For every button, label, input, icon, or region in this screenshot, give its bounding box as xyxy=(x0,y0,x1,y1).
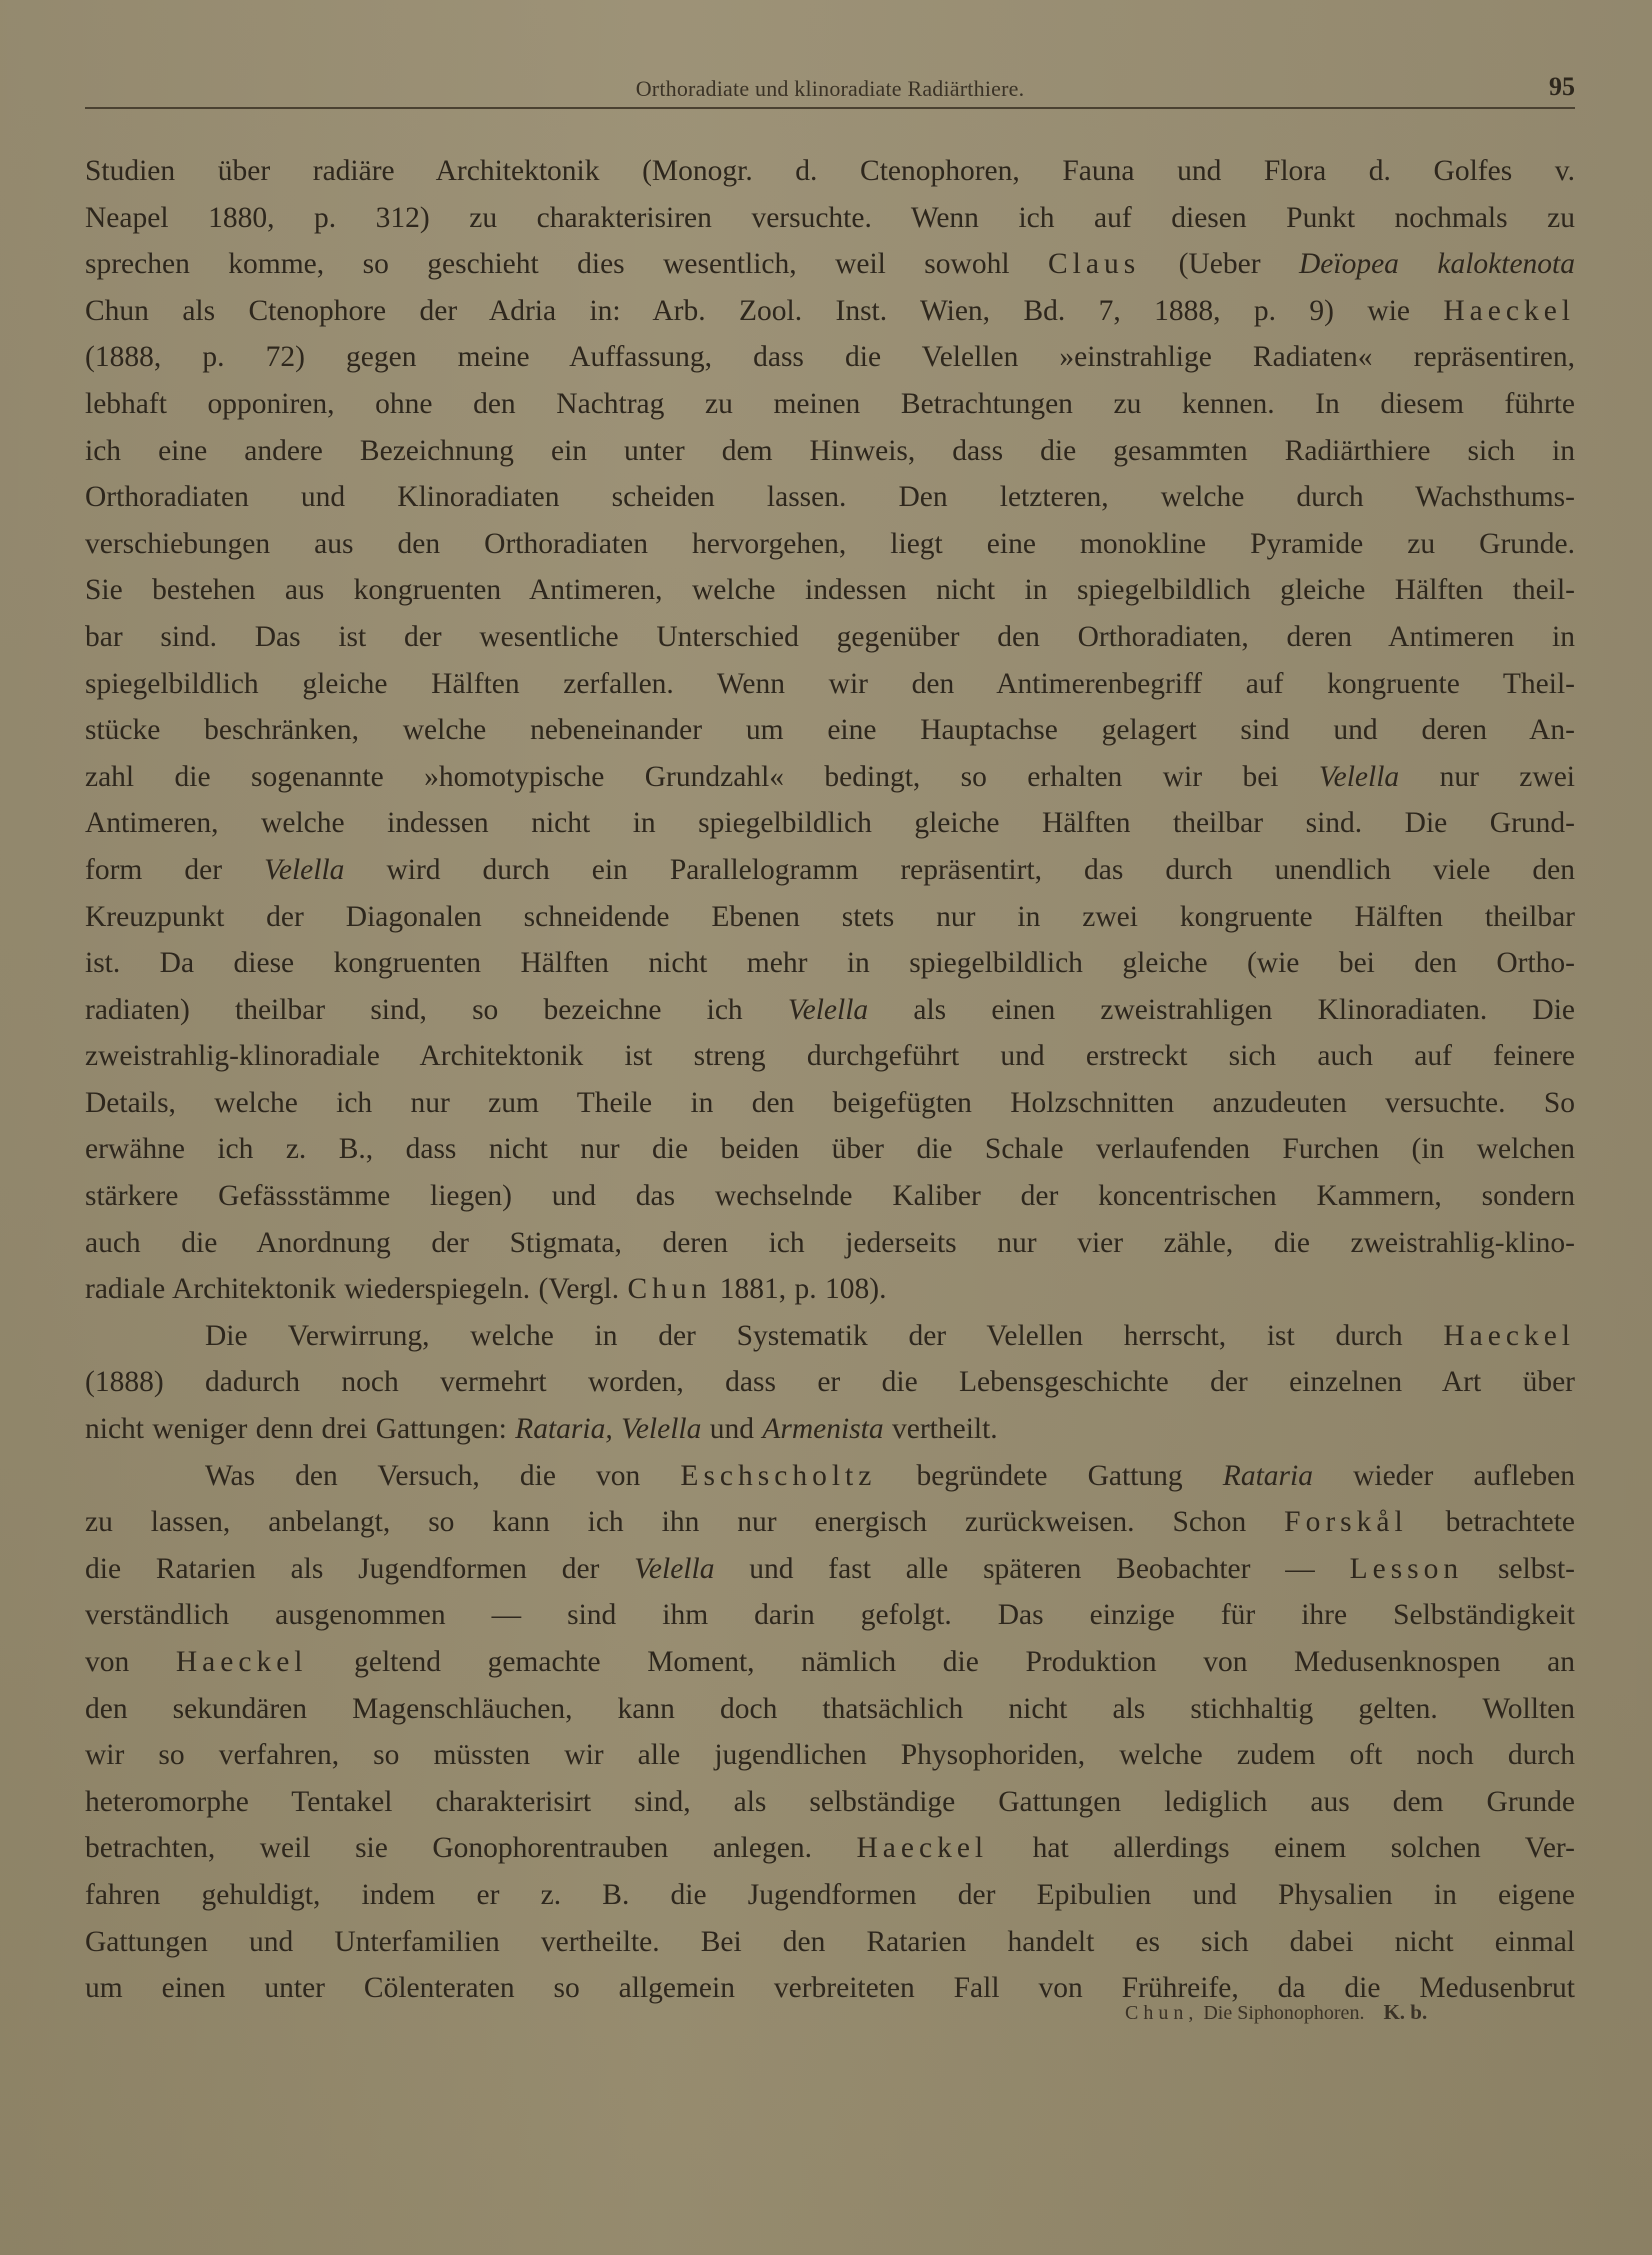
text-segment: ist. Da diese kongruenten Hälften nicht … xyxy=(85,947,1575,979)
italic-taxon: Velella xyxy=(634,1553,714,1585)
text-segment: auch die Anordnung der Stigmata, deren i… xyxy=(85,1227,1575,1259)
text-line: sprechen komme, so geschieht dies wesent… xyxy=(85,241,1575,288)
text-segment: Details, welche ich nur zum Theile in de… xyxy=(85,1087,1575,1119)
text-line: die Ratarien als Jugendformen der Velell… xyxy=(85,1546,1575,1593)
italic-taxon: Velella xyxy=(621,1413,701,1445)
text-line: Neapel 1880, p. 312) zu charakterisiren … xyxy=(85,195,1575,242)
text-segment: selbst- xyxy=(1463,1553,1575,1585)
text-line: Die Verwirrung, welche in der Systematik… xyxy=(85,1313,1575,1360)
text-line: form der Velella wird durch ein Parallel… xyxy=(85,847,1575,894)
body-text: Studien über radiäre Architektonik (Mono… xyxy=(85,148,1575,2012)
text-line: erwähne ich z. B., dass nicht nur die be… xyxy=(85,1126,1575,1173)
text-line: betrachten, weil sie Gonophorentrauben a… xyxy=(85,1825,1575,1872)
text-segment: nur zwei xyxy=(1399,761,1575,793)
header-rule xyxy=(85,107,1575,109)
author-name: Haeckel xyxy=(176,1646,308,1678)
text-segment: (1888, p. 72) gegen meine Auffassung, da… xyxy=(85,341,1575,373)
author-name: Claus xyxy=(1048,248,1140,280)
text-segment: verständlich ausgenommen — sind ihm dari… xyxy=(85,1599,1575,1631)
text-segment: nicht weniger denn drei Gattungen: xyxy=(85,1413,515,1445)
text-segment: wieder aufleben xyxy=(1313,1460,1575,1492)
text-segment: lebhaft opponiren, ohne den Nachtrag zu … xyxy=(85,388,1575,420)
text-line: radiaten) theilbar sind, so bezeichne ic… xyxy=(85,987,1575,1034)
text-line: zahl die sogenannte »homotypische Grundz… xyxy=(85,754,1575,801)
text-segment: hat allerdings einem solchen Ver- xyxy=(988,1832,1575,1864)
text-segment: Die Verwirrung, welche in der Systematik… xyxy=(205,1320,1443,1352)
text-line: verständlich ausgenommen — sind ihm dari… xyxy=(85,1592,1575,1639)
author-name: Forskål xyxy=(1284,1506,1408,1538)
text-segment: den sekundären Magenschläuchen, kann doc… xyxy=(85,1693,1575,1725)
author-name: Haeckel xyxy=(856,1832,988,1864)
text-line: Gattungen und Unterfamilien vertheilte. … xyxy=(85,1919,1575,1966)
text-segment: Was den Versuch, die von xyxy=(205,1460,680,1492)
text-line: ich eine andere Bezeichnung ein unter de… xyxy=(85,428,1575,475)
signature-mark: K. b. xyxy=(1383,2000,1427,2024)
running-title: Orthoradiate und klinoradiate Radiärthie… xyxy=(85,76,1575,102)
text-line: Sie bestehen aus kongruenten Antimeren, … xyxy=(85,567,1575,614)
text-segment: radiale Architektonik wiederspiegeln. (V… xyxy=(85,1273,627,1305)
text-line: Studien über radiäre Architektonik (Mono… xyxy=(85,148,1575,195)
text-line: lebhaft opponiren, ohne den Nachtrag zu … xyxy=(85,381,1575,428)
text-segment: form der xyxy=(85,854,264,886)
text-segment: zweistrahlig-klinoradiale Architektonik … xyxy=(85,1040,1575,1072)
text-segment: Antimeren, welche indessen nicht in spie… xyxy=(85,807,1575,839)
text-line: wir so verfahren, so müssten wir alle ju… xyxy=(85,1732,1575,1779)
text-segment: 1881, p. 108). xyxy=(711,1273,886,1305)
text-segment: fahren gehuldigt, indem er z. B. die Jug… xyxy=(85,1879,1575,1911)
text-segment: betrachtete xyxy=(1408,1506,1575,1538)
author-name: Haeckel xyxy=(1443,295,1575,327)
text-segment xyxy=(613,1413,621,1445)
text-segment: radiaten) theilbar sind, so bezeichne ic… xyxy=(85,994,788,1026)
text-line: stücke beschränken, welche nebeneinander… xyxy=(85,707,1575,754)
text-line: bar sind. Das ist der wesentliche Unters… xyxy=(85,614,1575,661)
footer-title: Die Siphonophoren. xyxy=(1203,2002,1364,2024)
text-segment: begründete Gattung xyxy=(876,1460,1222,1492)
author-name: Chun xyxy=(627,1273,711,1305)
text-segment: und xyxy=(701,1413,762,1445)
text-line: nicht weniger denn drei Gattungen: Ratar… xyxy=(85,1406,1575,1453)
text-line: (1888, p. 72) gegen meine Auffassung, da… xyxy=(85,334,1575,381)
text-segment: ich eine andere Bezeichnung ein unter de… xyxy=(85,435,1575,467)
text-segment: von xyxy=(85,1646,176,1678)
italic-taxon: Armenista xyxy=(762,1413,883,1445)
text-line: zu lassen, anbelangt, so kann ich ihn nu… xyxy=(85,1499,1575,1546)
page-number: 95 xyxy=(1549,72,1575,102)
author-name: Eschscholtz xyxy=(680,1460,876,1492)
text-line: Antimeren, welche indessen nicht in spie… xyxy=(85,800,1575,847)
text-segment: wir so verfahren, so müssten wir alle ju… xyxy=(85,1739,1575,1771)
italic-taxon: Velella xyxy=(264,854,344,886)
text-line: heteromorphe Tentakel charakterisirt sin… xyxy=(85,1779,1575,1826)
text-line: von Haeckel geltend gemachte Moment, näm… xyxy=(85,1639,1575,1686)
text-segment: geltend gemachte Moment, nämlich die Pro… xyxy=(308,1646,1576,1678)
text-segment: betrachten, weil sie Gonophorentrauben a… xyxy=(85,1832,856,1864)
text-line: Chun als Ctenophore der Adria in: Arb. Z… xyxy=(85,288,1575,335)
italic-taxon: Rataria, xyxy=(515,1413,613,1445)
text-segment: erwähne ich z. B., dass nicht nur die be… xyxy=(85,1133,1575,1165)
text-line: Kreuzpunkt der Diagonalen schneidende Eb… xyxy=(85,894,1575,941)
text-segment: die Ratarien als Jugendformen der xyxy=(85,1553,634,1585)
text-segment: Neapel 1880, p. 312) zu charakterisiren … xyxy=(85,202,1575,234)
text-segment: wird durch ein Parallelogramm repräsenti… xyxy=(344,854,1575,886)
text-line: zweistrahlig-klinoradiale Architektonik … xyxy=(85,1033,1575,1080)
text-segment: (Ueber xyxy=(1140,248,1299,280)
text-segment: Studien über radiäre Architektonik (Mono… xyxy=(85,155,1575,187)
text-segment: und fast alle späteren Beobachter — xyxy=(714,1553,1349,1585)
text-line: radiale Architektonik wiederspiegeln. (V… xyxy=(85,1266,1575,1313)
running-head: Orthoradiate und klinoradiate Radiärthie… xyxy=(85,70,1575,110)
text-line: ist. Da diese kongruenten Hälften nicht … xyxy=(85,940,1575,987)
footer-author: Chun, xyxy=(1125,2002,1198,2024)
text-segment: sprechen komme, so geschieht dies wesent… xyxy=(85,248,1048,280)
text-line: fahren gehuldigt, indem er z. B. die Jug… xyxy=(85,1872,1575,1919)
text-line: Details, welche ich nur zum Theile in de… xyxy=(85,1080,1575,1127)
italic-taxon: Deïopea kaloktenota xyxy=(1299,248,1575,280)
text-line: (1888) dadurch noch vermehrt worden, das… xyxy=(85,1359,1575,1406)
text-segment: zahl die sogenannte »homotypische Grundz… xyxy=(85,761,1319,793)
text-segment: Kreuzpunkt der Diagonalen schneidende Eb… xyxy=(85,901,1575,933)
book-page: Orthoradiate und klinoradiate Radiärthie… xyxy=(0,0,1652,2255)
text-line: spiegelbildlich gleiche Hälften zerfalle… xyxy=(85,661,1575,708)
text-segment: (1888) dadurch noch vermehrt worden, das… xyxy=(85,1366,1575,1398)
text-line: auch die Anordnung der Stigmata, deren i… xyxy=(85,1220,1575,1267)
text-segment: Orthoradiaten und Klinoradiaten scheiden… xyxy=(85,481,1575,513)
text-segment: stärkere Gefässstämme liegen) und das we… xyxy=(85,1180,1575,1212)
author-name: Lesson xyxy=(1350,1553,1464,1585)
text-line: stärkere Gefässstämme liegen) und das we… xyxy=(85,1173,1575,1220)
text-segment: heteromorphe Tentakel charakterisirt sin… xyxy=(85,1786,1575,1818)
text-segment: als einen zweistrahligen Klinoradiaten. … xyxy=(868,994,1575,1026)
text-segment: stücke beschränken, welche nebeneinander… xyxy=(85,714,1575,746)
text-line: verschiebungen aus den Orthoradiaten her… xyxy=(85,521,1575,568)
italic-taxon: Velella xyxy=(788,994,868,1026)
text-line: Orthoradiaten und Klinoradiaten scheiden… xyxy=(85,474,1575,521)
text-segment: bar sind. Das ist der wesentliche Unters… xyxy=(85,621,1575,653)
text-line: den sekundären Magenschläuchen, kann doc… xyxy=(85,1686,1575,1733)
italic-taxon: Rataria xyxy=(1223,1460,1313,1492)
text-segment: Gattungen und Unterfamilien vertheilte. … xyxy=(85,1926,1575,1958)
text-segment: Chun als Ctenophore der Adria in: Arb. Z… xyxy=(85,295,1443,327)
text-segment: verschiebungen aus den Orthoradiaten her… xyxy=(85,528,1575,560)
footer-signature: Chun, Die Siphonophoren. K. b. xyxy=(1125,2000,1427,2025)
text-segment: Sie bestehen aus kongruenten Antimeren, … xyxy=(85,574,1575,606)
author-name: Haeckel xyxy=(1443,1320,1575,1352)
italic-taxon: Velella xyxy=(1319,761,1399,793)
text-segment: vertheilt. xyxy=(884,1413,998,1445)
text-segment: spiegelbildlich gleiche Hälften zerfalle… xyxy=(85,668,1575,700)
text-segment: zu lassen, anbelangt, so kann ich ihn nu… xyxy=(85,1506,1284,1538)
text-line: Was den Versuch, die von Eschscholtz beg… xyxy=(85,1453,1575,1500)
